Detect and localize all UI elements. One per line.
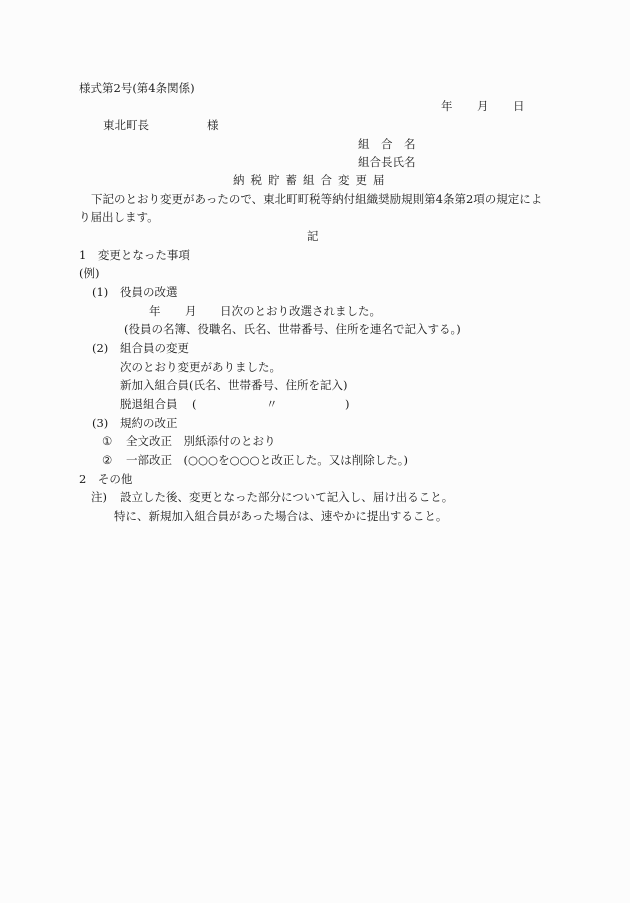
section2-heading: 2 その他 (79, 472, 132, 486)
item2-line-3-label: 脱退組合員 (120, 397, 178, 411)
date-day: 日 (513, 99, 525, 113)
item1-number: (1) (92, 285, 108, 299)
item3-number: (3) (92, 416, 108, 430)
intro-line-2: り届出します。 (79, 210, 159, 224)
item2-number: (2) (92, 341, 108, 355)
item3-sub2-mark: ② (102, 453, 112, 467)
note-line-1: 設立した後、変更となった部分について記入し、届け出ること。 (120, 490, 453, 504)
document-title: 納税貯蓄組合変更届 (233, 173, 391, 187)
ki-marker: 記 (307, 229, 319, 243)
item3-sub1-text: 全文改正 別紙添付のとおり (126, 434, 276, 448)
item3-sub1-mark: ① (102, 434, 112, 448)
item2-line-3-close: ) (345, 397, 350, 411)
date-year: 年 (441, 99, 453, 113)
item1-date-year: 年 (149, 304, 161, 318)
item2-line-2: 新加入組合員(氏名、世帯番号、住所を記入) (120, 378, 347, 392)
intro-line-1: 下記のとおり変更があったので、東北町町税等納付組織奨励規則第4条第2項の規定によ (91, 192, 542, 206)
item1-note: (役員の名簿、役職名、氏名、世帯番号、住所を連名で記入する。) (124, 322, 461, 336)
section1-heading: 1 変更となった事項 (79, 248, 190, 262)
item1-date-day-text: 日次のとおり改選されました。 (220, 304, 381, 318)
example-label: (例) (79, 266, 99, 280)
item1-title: 役員の改選 (120, 285, 178, 299)
note-line-2: 特に、新規加入組合員があった場合は、速やかに提出すること。 (114, 509, 447, 523)
note-label: 注) (91, 490, 107, 504)
item1-date-month: 月 (185, 304, 197, 318)
date-month: 月 (477, 99, 489, 113)
addressee-name: 東北町長 (103, 118, 149, 132)
item2-title: 組合員の変更 (120, 341, 189, 355)
item3-title: 規約の改正 (120, 416, 178, 430)
addressee-honorific: 様 (207, 118, 219, 132)
item2-line-3-open: ( (192, 397, 197, 411)
union-name-label: 組 合 名 (358, 137, 416, 151)
union-chief-name-label: 組合長氏名 (358, 155, 416, 169)
form-number: 様式第2号(第4条関係) (79, 81, 195, 95)
item2-line-1: 次のとおり変更がありました。 (120, 360, 281, 374)
item2-line-3-ditto: 〃 (266, 397, 278, 411)
item3-sub2-text: 一部改正 (○○○を○○○と改正した。又は削除した。) (126, 453, 408, 467)
